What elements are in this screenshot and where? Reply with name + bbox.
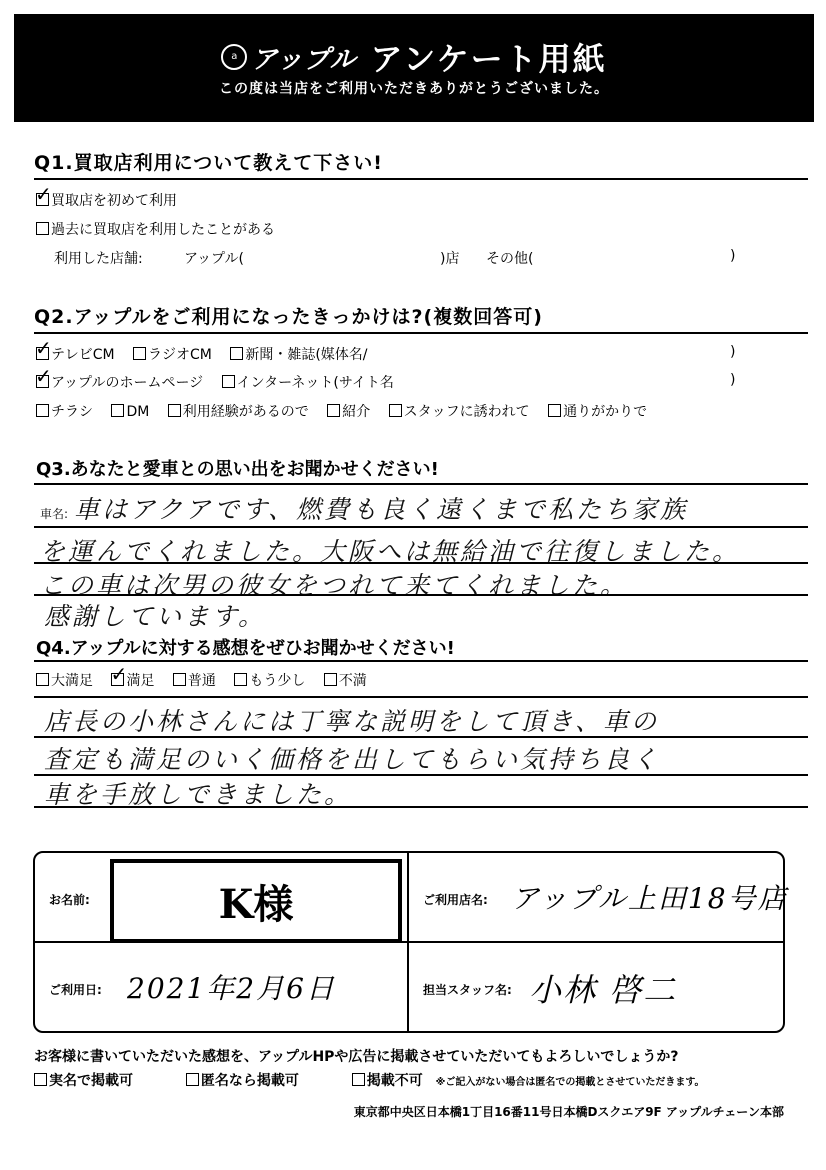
q3-answer-line-4[interactable]: 感謝しています。	[44, 597, 266, 633]
checkbox[interactable]	[133, 347, 146, 360]
checkbox[interactable]	[173, 673, 186, 686]
option-label: 掲載不可	[367, 1073, 423, 1089]
logo-text: アップル	[251, 39, 356, 76]
rating-satisfied[interactable]: 満足	[111, 670, 154, 690]
checkbox[interactable]	[548, 404, 561, 417]
page-subtitle: この度は当店をご利用いただきありがとうございました。	[14, 78, 814, 98]
rating-could-be-better[interactable]: もう少し	[234, 670, 305, 690]
option-label: 買取店を初めて利用	[51, 193, 177, 209]
option-label: DM	[126, 404, 149, 420]
checkbox[interactable]	[36, 222, 49, 235]
rule-line	[34, 562, 808, 564]
q2-row3: チラシ DM 利用経験があるので 紹介 スタッフに誘われて 通りがかりで	[36, 401, 661, 421]
rating-dissatisfied[interactable]: 不満	[324, 670, 367, 690]
rating-very-satisfied[interactable]: 大満足	[36, 670, 93, 690]
q4-answer-line-1[interactable]: 店長の小林さんには丁寧な説明をして頂き、車の	[44, 702, 659, 738]
checkbox[interactable]	[389, 404, 402, 417]
rule-line	[34, 526, 808, 528]
q1-heading: Q1.買取店利用について教えて下さい!	[34, 148, 808, 180]
q2-option-homepage[interactable]: アップルのホームページ	[36, 372, 203, 392]
q1-option-used-before[interactable]: 過去に買取店を利用したことがある	[36, 219, 275, 239]
page-title: アンケート用紙	[371, 34, 607, 80]
q2-option-tv-cm[interactable]: テレビCM	[36, 344, 115, 364]
q1-other-label: その他(	[486, 248, 533, 268]
answer-text: 車はアクアです、燃費も良く遠くまで私たち家族	[74, 495, 688, 524]
footer-address: 東京都中央区日本橋1丁目16番11号日本橋Dスクエア9F アップルチェーン本部	[354, 1103, 784, 1120]
checkbox[interactable]	[186, 1073, 199, 1086]
q4-ratings: 大満足 満足 普通 もう少し 不満	[36, 670, 381, 690]
checkbox-checked[interactable]	[36, 193, 49, 206]
store-value[interactable]: アップル上田18号店	[511, 877, 788, 917]
q2-option-passing-by[interactable]: 通りがかりで	[548, 401, 647, 421]
option-label: 普通	[188, 673, 216, 689]
q3-heading: Q3.あなたと愛車との思い出をお聞かせください!	[36, 455, 439, 481]
checkbox[interactable]	[222, 375, 235, 388]
publish-anonymous[interactable]: 匿名なら掲載可	[186, 1070, 299, 1090]
q1-store-label: 利用した店舗:	[54, 248, 143, 268]
option-label: 利用経験があるので	[183, 404, 309, 420]
q2-row2: アップルのホームページ インターネット(サイト名	[36, 372, 408, 392]
publish-question: お客様に書いていただいた感想を、アップルHPや広告に掲載させていただいてもよろし…	[34, 1046, 679, 1066]
option-label: チラシ	[51, 404, 93, 420]
option-label: ラジオCM	[148, 347, 212, 363]
apple-logo-icon: a	[221, 44, 247, 70]
publish-real-name[interactable]: 実名で掲載可	[34, 1070, 133, 1090]
option-label: スタッフに誘われて	[404, 404, 530, 420]
q2-option-experience[interactable]: 利用経験があるので	[168, 401, 309, 421]
logo: a アップル	[221, 39, 356, 76]
checkbox[interactable]	[34, 1073, 47, 1086]
publish-not-allowed[interactable]: 掲載不可	[352, 1070, 423, 1090]
rule-line	[34, 736, 808, 738]
staff-label: 担当スタッフ名:	[423, 981, 512, 998]
option-label: 通りがかりで	[563, 404, 647, 420]
q1-store-suffix: )店	[440, 248, 459, 268]
q2-row1: テレビCM ラジオCM 新聞・雑誌(媒体名/	[36, 344, 382, 364]
option-label: 紹介	[342, 404, 370, 420]
option-label: 大満足	[51, 673, 93, 689]
checkbox[interactable]	[352, 1073, 365, 1086]
checkbox-checked[interactable]	[36, 375, 49, 388]
q2-option-dm[interactable]: DM	[111, 404, 149, 420]
checkbox-checked[interactable]	[111, 673, 124, 686]
option-label: 満足	[126, 673, 154, 689]
option-label: インターネット(サイト名	[237, 375, 394, 391]
q4-heading: Q4.アップルに対する感想をぜひお聞かせください!	[36, 634, 455, 660]
q1-store-prefix: アップル(	[184, 248, 244, 268]
option-label: もう少し	[249, 673, 305, 689]
date-label: ご利用日:	[49, 981, 102, 998]
checkbox-checked[interactable]	[36, 347, 49, 360]
option-label: 新聞・雑誌(媒体名/	[245, 347, 367, 363]
q2-option-newspaper[interactable]: 新聞・雑誌(媒体名/	[230, 344, 367, 364]
date-value[interactable]: 2021年2月6日	[127, 967, 336, 1007]
q2-row2-close: )	[730, 372, 735, 388]
rule-line	[34, 483, 808, 485]
q2-option-flyer[interactable]: チラシ	[36, 401, 93, 421]
name-field[interactable]: K様	[110, 859, 402, 943]
checkbox[interactable]	[111, 404, 124, 417]
q2-row1-close: )	[730, 344, 735, 360]
checkbox[interactable]	[36, 404, 49, 417]
store-label: ご利用店名:	[423, 891, 488, 908]
option-label: アップルのホームページ	[51, 375, 203, 391]
car-name-label: 車名:	[40, 507, 68, 521]
q4-answer-line-2[interactable]: 査定も満足のいく価格を出してもらい気持ち良く	[44, 740, 660, 776]
rating-average[interactable]: 普通	[173, 670, 216, 690]
option-label: 過去に買取店を利用したことがある	[51, 222, 275, 238]
checkbox[interactable]	[36, 673, 49, 686]
q2-option-internet[interactable]: インターネット(サイト名	[222, 372, 394, 392]
q2-option-radio-cm[interactable]: ラジオCM	[133, 344, 212, 364]
publish-note: ※ご記入がない場合は匿名での掲載とさせていただきます。	[436, 1077, 705, 1088]
option-label: 匿名なら掲載可	[201, 1073, 299, 1089]
option-label: 実名で掲載可	[49, 1073, 133, 1089]
publish-options: 実名で掲載可 匿名なら掲載可 掲載不可 ※ご記入がない場合は匿名での掲載とさせて…	[34, 1070, 705, 1090]
option-label: テレビCM	[51, 347, 115, 363]
customer-info-box: お名前: K様 ご利用店名: アップル上田18号店 ご利用日: 2021年2月6…	[33, 851, 785, 1033]
checkbox[interactable]	[327, 404, 340, 417]
name-value: K様	[219, 873, 294, 930]
rule-line	[34, 696, 808, 698]
q1-other-close: )	[730, 248, 735, 264]
header-banner: a アップル アンケート用紙 この度は当店をご利用いただきありがとうございました…	[14, 14, 814, 122]
rule-line	[34, 594, 808, 596]
q2-option-referral[interactable]: 紹介	[327, 401, 370, 421]
q2-heading: Q2.アップルをご利用になったきっかけは?(複数回答可)	[34, 302, 808, 334]
rule-line	[34, 660, 808, 662]
option-label: 不満	[339, 673, 367, 689]
checkbox[interactable]	[234, 673, 247, 686]
name-label: お名前:	[49, 891, 90, 908]
checkbox[interactable]	[168, 404, 181, 417]
staff-value[interactable]: 小林 啓二	[529, 965, 677, 1011]
checkbox[interactable]	[324, 673, 337, 686]
q1-option-first-time[interactable]: 買取店を初めて利用	[36, 190, 177, 210]
rule-line	[34, 806, 808, 808]
checkbox[interactable]	[230, 347, 243, 360]
q2-option-staff[interactable]: スタッフに誘われて	[389, 401, 530, 421]
q3-answer-line-1[interactable]: 車名:車はアクアです、燃費も良く遠くまで私たち家族	[40, 490, 688, 526]
